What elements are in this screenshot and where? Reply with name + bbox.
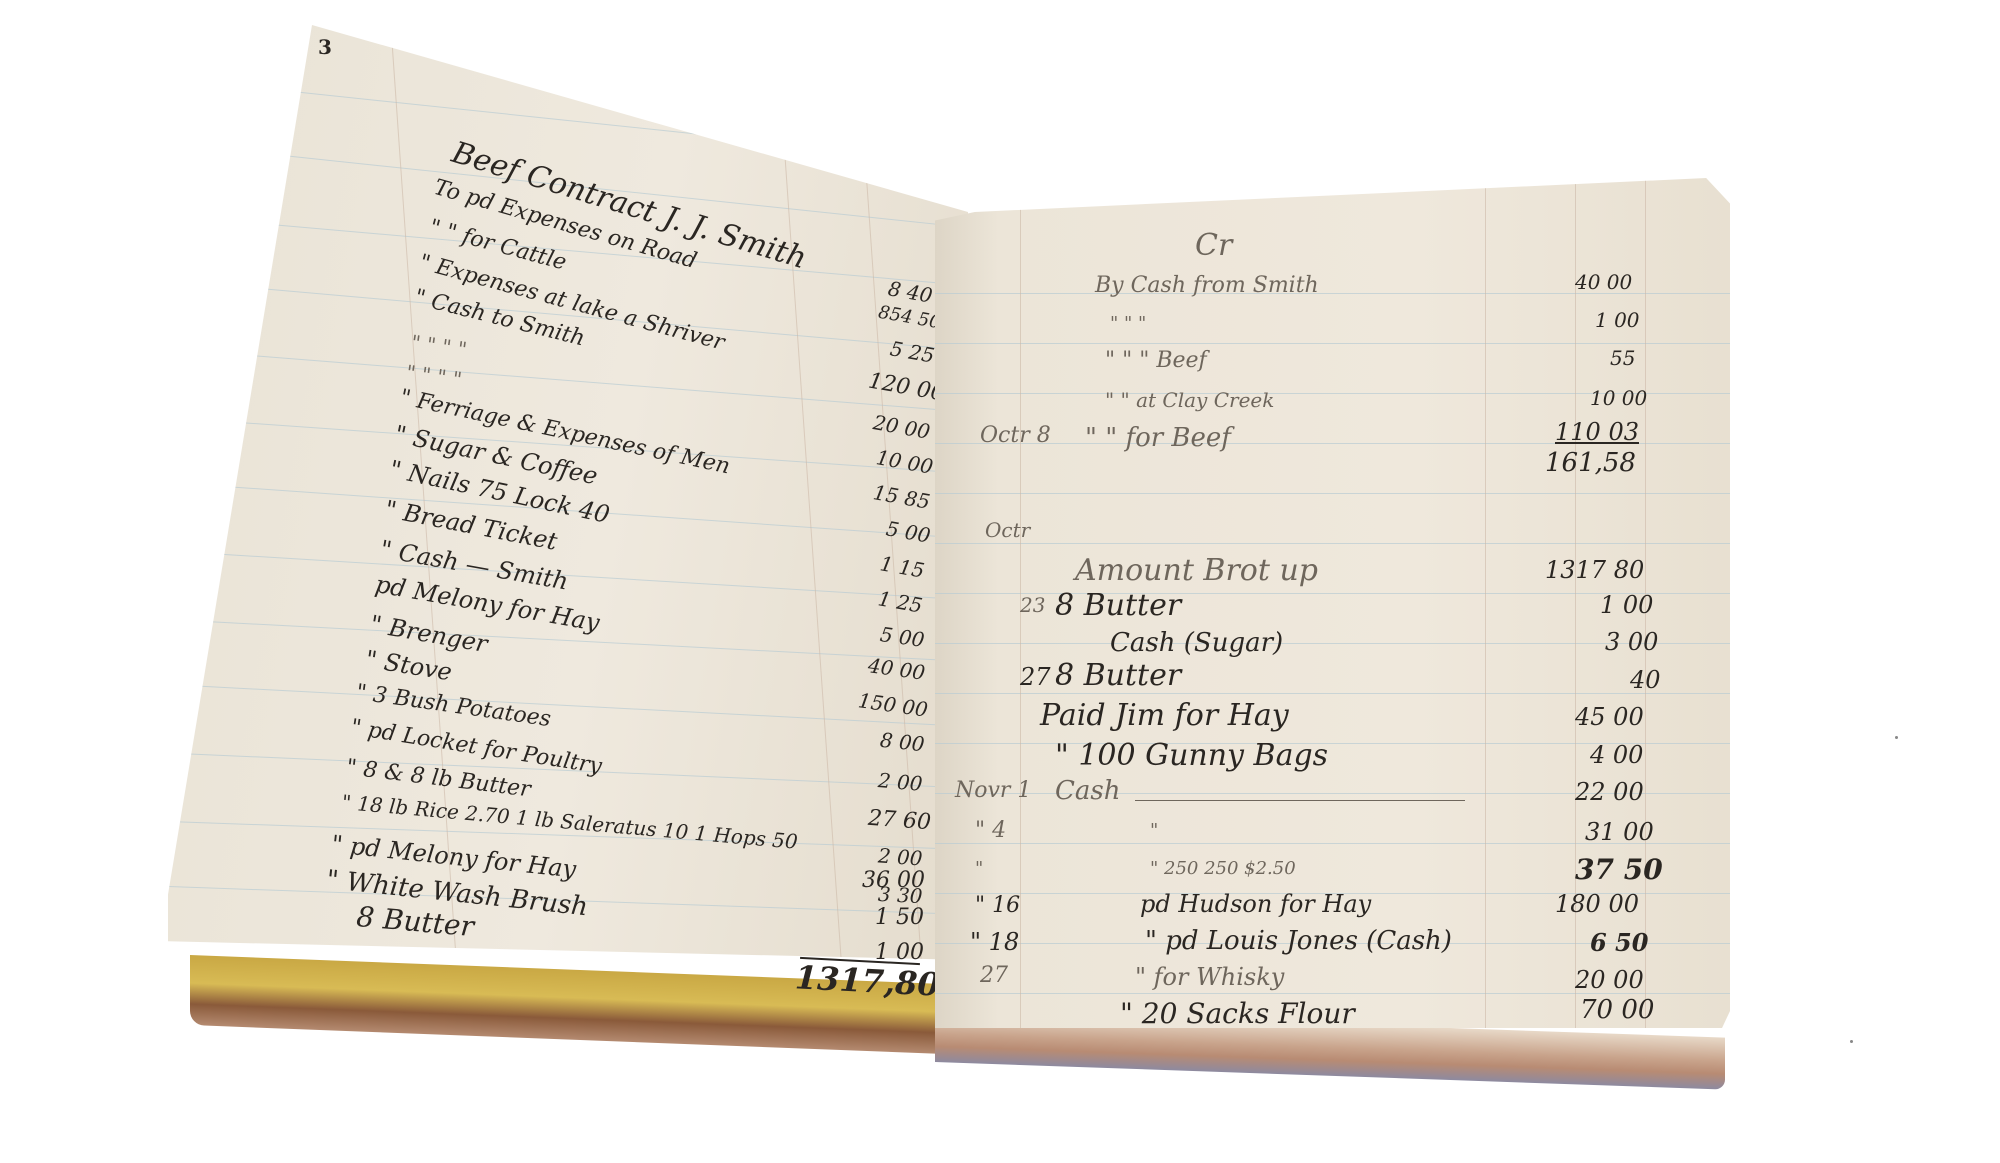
entry-label: " 250 250 $2.50: [1150, 858, 1296, 879]
entry-amount: 110 03: [1555, 418, 1639, 446]
left-total: 1317,80: [794, 958, 941, 1004]
left-page: 3 Beef Contract J. J. Smith To pd Expens…: [168, 25, 968, 960]
entry-date: 27: [980, 963, 1008, 988]
entry-date: " 4: [975, 818, 1006, 843]
entry-label: " " " ": [410, 330, 469, 362]
cash-underline: [1135, 800, 1465, 801]
dust-speck: [1850, 1040, 1853, 1043]
entry-date: 23: [1020, 593, 1045, 617]
entry-date: ": [975, 858, 983, 879]
entry-amount: 22 00: [1575, 778, 1644, 806]
entry-amount: 37 50: [1575, 853, 1663, 886]
entry-amount: 20 00: [1575, 966, 1644, 994]
entry-label: 8 Butter: [1055, 588, 1181, 623]
page-number: 3: [318, 35, 332, 59]
dust-speck: [1895, 736, 1898, 739]
entry-label: 8 Butter: [1055, 658, 1181, 693]
right-heading: Cr: [1195, 228, 1232, 263]
entry-label: " 100 Gunny Bags: [1055, 738, 1328, 773]
entry-label: ": [1150, 820, 1158, 841]
entry-date: Octr 8: [980, 423, 1051, 448]
entry-label: " " " Beef: [1105, 348, 1207, 373]
entry-amount: 10 00: [874, 445, 935, 479]
entry-label: " for Whisky: [1135, 963, 1284, 991]
entry-amount: 36 00: [862, 868, 925, 893]
entry-amount: 1 25: [876, 586, 924, 617]
entry-label: " " for Beef: [1085, 423, 1231, 453]
entry-amount: 1317 80: [1545, 556, 1644, 584]
entry-amount: 1 15: [878, 551, 926, 582]
entry-label: " pd Louis Jones (Cash): [1145, 926, 1452, 956]
entry-amount: 8 00: [879, 728, 926, 757]
entry-amount: 40: [1630, 666, 1661, 694]
entry-amount: 854 50: [877, 302, 943, 334]
entry-amount: 1 00: [1600, 591, 1653, 619]
entry-label: By Cash from Smith: [1095, 273, 1319, 298]
ledger-photo: 3 Beef Contract J. J. Smith To pd Expens…: [0, 0, 2000, 1163]
entry-amount: 180 00: [1555, 890, 1639, 918]
entry-amount: 1 00: [1595, 308, 1640, 332]
entry-date: Novr 1: [955, 778, 1031, 803]
entry-date: " 16: [975, 893, 1020, 918]
entry-label: " Stove: [364, 645, 454, 686]
entry-amount: 55: [1610, 346, 1635, 370]
credit-subtotal: 161,58: [1545, 448, 1636, 478]
entry-amount: 27 60: [867, 806, 932, 835]
entry-amount: 31 00: [1585, 818, 1654, 846]
section-date-header: Octr: [985, 518, 1030, 542]
entry-date: " 18: [970, 928, 1019, 956]
entry-label: pd Hudson for Hay: [1140, 890, 1371, 918]
entry-amount: 10 00: [1590, 386, 1647, 410]
entry-amount: 70 00: [1580, 995, 1654, 1025]
entry-amount: 20 00: [871, 410, 932, 444]
entry-amount: 2 00: [877, 843, 923, 870]
entry-amount: 5 25: [888, 336, 936, 367]
entry-amount: 45 00: [1575, 703, 1644, 731]
entry-amount: 15 85: [871, 480, 932, 514]
entry-amount: 2 00: [877, 768, 923, 796]
entry-label: Cash: [1055, 776, 1120, 806]
entry-amount: 120 00: [866, 369, 946, 407]
entry-label: Paid Jim for Hay: [1040, 698, 1289, 733]
entry-amount: 5 00: [879, 622, 926, 652]
entry-label: " 20 Sacks Flour: [1120, 997, 1355, 1030]
entry-date: 27: [1020, 663, 1051, 691]
entry-label: " " at Clay Creek: [1105, 388, 1274, 412]
entry-label: Amount Brot up: [1075, 553, 1318, 588]
entry-amount: 150 00: [857, 688, 930, 722]
right-page: Cr By Cash from Smith 40 00 " " " 1 00 "…: [935, 178, 1730, 1028]
entry-amount: 1 50: [875, 905, 924, 930]
entry-amount: 4 00: [1590, 741, 1643, 769]
entry-label: Cash (Sugar): [1110, 628, 1283, 658]
entry-label: " " ": [1110, 313, 1146, 334]
entry-amount: 3 00: [1605, 628, 1658, 656]
entry-amount: 6 50: [1590, 928, 1648, 957]
entry-amount: 40 00: [1575, 270, 1632, 294]
